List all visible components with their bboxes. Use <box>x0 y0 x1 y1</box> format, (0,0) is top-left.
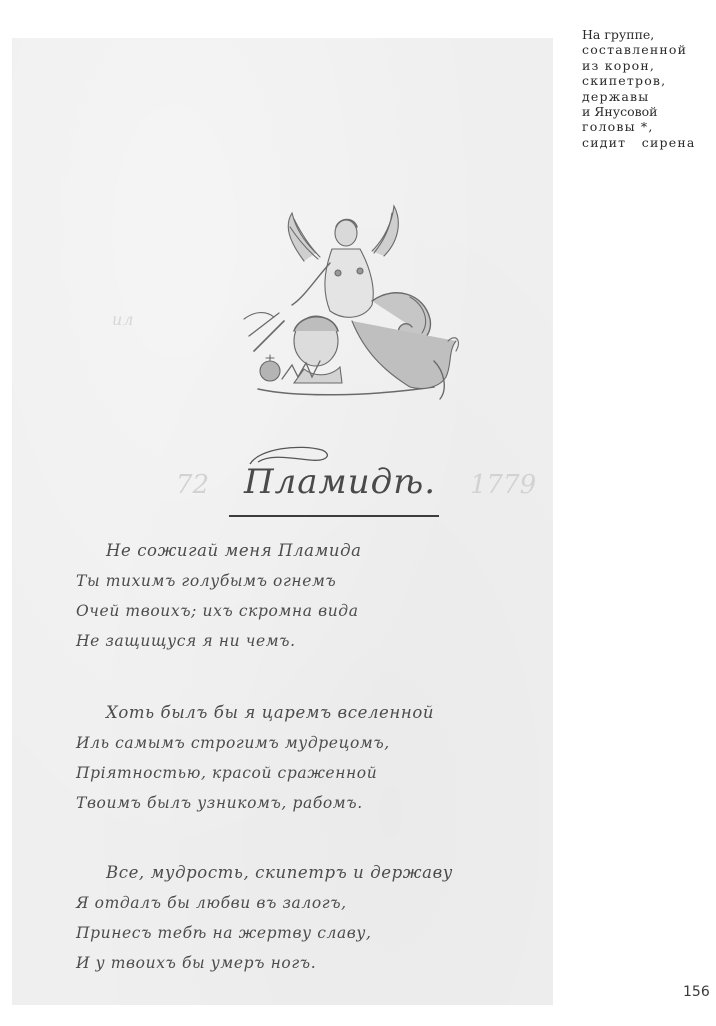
illustration-caption: На группе, составленной из корон, скипет… <box>582 27 712 150</box>
page-number: 156 <box>683 984 710 1000</box>
caption-line: головы *, <box>582 119 712 134</box>
verse-line: Не сожигай меня Пламида <box>76 536 476 566</box>
pencil-annotation-left: 72 <box>176 470 209 500</box>
siren-illustration-icon <box>234 201 466 401</box>
stanza-1: Не сожигай меня Пламида Ты тихимъ голубы… <box>76 536 476 656</box>
verse-line: Принесъ тебѣ на жертву славу, <box>76 918 476 948</box>
siren-vignette-illustration <box>234 201 466 401</box>
caption-line: скипетров, <box>582 73 712 88</box>
manuscript-page: ил <box>12 38 553 1005</box>
pencil-annotation-right: 1779 <box>470 470 536 500</box>
caption-line: из корон, <box>582 58 712 73</box>
verse-line: Все, мудрость, скипетръ и державу <box>76 858 476 888</box>
title-underline <box>229 515 439 517</box>
caption-line: и Янусовой <box>582 104 712 119</box>
verse-line: Не защищуся я ни чемъ. <box>76 626 476 656</box>
poem-title: Пламидѣ. <box>220 462 460 502</box>
verse-line: И у твоихъ бы умеръ ногъ. <box>76 948 476 978</box>
verse-line: Хоть былъ бы я царемъ вселенной <box>76 698 476 728</box>
verse-line: Очей твоихъ; ихъ скромна вида <box>76 596 476 626</box>
caption-line: державы <box>582 89 712 104</box>
pencil-mark: ил <box>112 310 162 330</box>
verse-line: Твоимъ былъ узникомъ, рабомъ. <box>76 788 476 818</box>
verse-line: Ты тихимъ голубымъ огнемъ <box>76 566 476 596</box>
caption-line: На группе, <box>582 27 712 42</box>
caption-line: сидит сирена <box>582 135 712 150</box>
verse-line: Иль самымъ строгимъ мудрецомъ, <box>76 728 476 758</box>
stanza-2: Хоть былъ бы я царемъ вселенной Иль самы… <box>76 698 476 818</box>
stanza-3: Все, мудрость, скипетръ и державу Я отда… <box>76 858 476 978</box>
poem-title-block: 72 Пламидѣ. 1779 <box>160 440 540 530</box>
caption-line: составленной <box>582 42 712 57</box>
verse-line: Я отдалъ бы любви въ залогъ, <box>76 888 476 918</box>
verse-line: Пріятностью, красой сраженной <box>76 758 476 788</box>
